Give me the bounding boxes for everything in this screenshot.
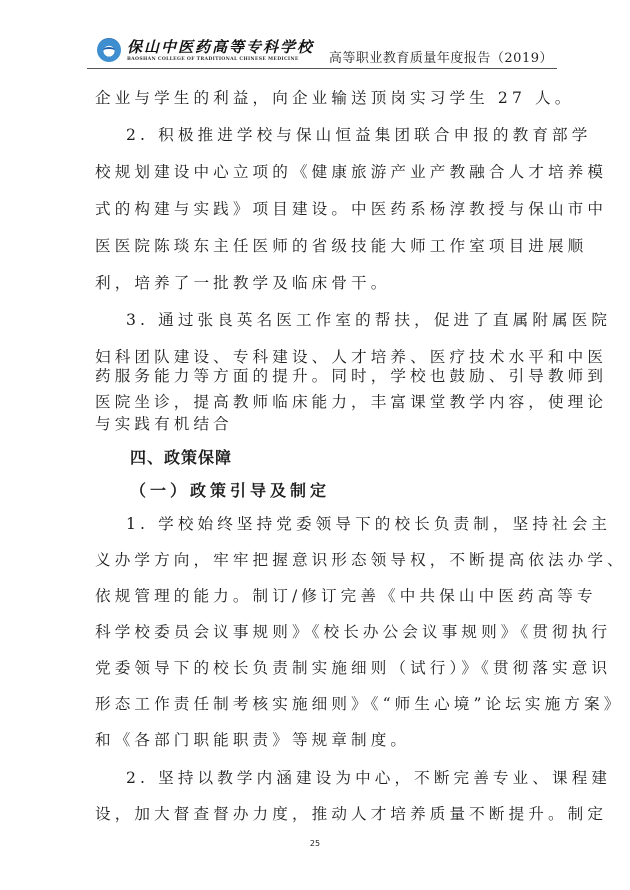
college-emblem-icon (97, 38, 121, 62)
paragraph-line: 妇科团队建设、专科建设、人才培养、医疗技术水平和中医 (95, 347, 540, 367)
paragraph-line: 义办学方向，牢牢把握意识形态领导权，不断提高依法办学、 (95, 550, 540, 570)
paragraph-line: 形态工作责任制考核实施细则》《“师生心境”论坛实施方案》 (95, 694, 540, 714)
paragraph-line: 式的构建与实践》项目建设。中医药系杨淳教授与保山市中 (95, 199, 540, 219)
paragraph-line: 校规划建设中心立项的《健康旅游产业产教融合人才培养模 (95, 162, 540, 182)
paragraph-line: 医院坐诊，提高教师临床能力，丰富课堂教学内容，使理论 (95, 392, 540, 412)
subsection-heading: （一）政策引导及制定 (130, 481, 575, 501)
page-header: 保山中医药高等专科学校 BAOSHAN COLLEGE OF TRADITION… (87, 36, 557, 70)
paragraph-line: 医医院陈琰东主任医师的省级技能大师工作室项目进展顺 (95, 236, 540, 256)
paragraph-line: 和《各部门职能职责》等规章制度。 (95, 730, 540, 750)
paragraph-line: 党委领导下的校长负责制实施细则（试行）》《贯彻落实意识 (95, 658, 540, 678)
paragraph-line: 利，培养了一批教学及临床骨干。 (95, 273, 540, 293)
section-heading: 四、政策保障 (130, 448, 575, 468)
paragraph-line: 2. 积极推进学校与保山恒益集团联合申报的教育部学 (126, 125, 571, 145)
page-number: 25 (0, 839, 630, 848)
paragraph-line: 1. 学校始终坚持党委领导下的校长负责制，坚持社会主 (126, 514, 571, 534)
paragraph-line: 科学校委员会议事规则》《校长办公会议事规则》《贯彻执行 (95, 622, 540, 642)
college-name-cn: 保山中医药高等专科学校 (127, 36, 314, 57)
paragraph-line: 企业与学生的利益，向企业输送顶岗实习学生 27 人。 (95, 88, 540, 108)
paragraph-line: 设，加大督查督办力度，推动人才培养质量不断提升。制定 (95, 804, 540, 824)
paragraph-line: 2. 坚持以教学内涵建设为中心，不断完善专业、课程建 (126, 768, 571, 788)
college-name-en: BAOSHAN COLLEGE OF TRADITIONAL CHINESE M… (127, 57, 299, 62)
header-divider (87, 68, 557, 69)
paragraph-line: 依规管理的能力。制订/修订完善《中共保山中医药高等专 (95, 586, 540, 606)
paragraph-line: 药服务能力等方面的提升。同时，学校也鼓励、引导教师到 (95, 366, 540, 386)
paragraph-line: 与实践有机结合 (95, 414, 540, 434)
report-title: 高等职业教育质量年度报告（2019） (329, 47, 553, 66)
paragraph-line: 3. 通过张良英名医工作室的帮扶，促进了直属附属医院 (126, 310, 571, 330)
